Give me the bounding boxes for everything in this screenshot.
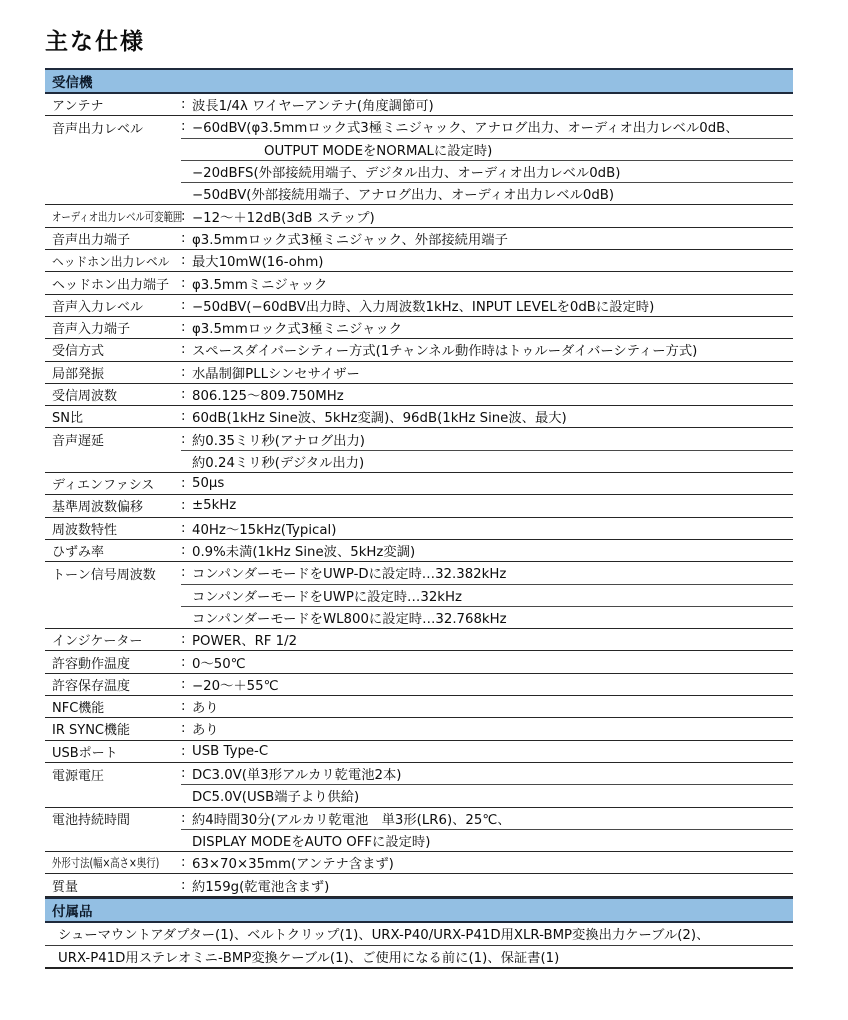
spec-value: :−60dBV(φ3.5mmロック式3極ミニジャック、アナログ出力、オーディオ出… — [181, 116, 793, 138]
spec-label-text: 局部発振 — [52, 363, 104, 382]
table-row: ヘッドホン出力レベル:最大10mW(16-ohm) — [45, 250, 793, 272]
section-header-receiver: 受信機 — [45, 68, 793, 94]
spec-value-text: 50μs — [192, 476, 224, 491]
spec-label: 基準周波数偏移 — [45, 495, 181, 516]
spec-value-text: DC5.0V(USB端子より供給) — [192, 786, 359, 805]
list-item: URX-P41D用ステレオミニ-BMP変換ケーブル(1)、ご使用になる前に(1)… — [45, 946, 793, 969]
spec-label-text: オーディオ出力レベル可変範囲 — [52, 208, 182, 225]
spec-label: 外形寸法(幅×高さ×奥行) — [45, 852, 181, 873]
accessories-list: シューマウントアダプター(1)、ベルトクリップ(1)、URX-P40/URX-P… — [45, 923, 793, 969]
spec-value: :−12〜＋12dB(3dB ステップ) — [181, 205, 793, 226]
table-row: 受信方式:スペースダイバーシティー方式(1チャンネル動作時はトゥルーダイバーシテ… — [45, 339, 793, 361]
spec-value: :DC5.0V(USB端子より供給) — [181, 785, 793, 806]
spec-value-text: 約0.35ミリ秒(アナログ出力) — [192, 430, 365, 449]
table-row: ひずみ率:0.9%未満(1kHz Sine波、5kHz変調) — [45, 540, 793, 562]
table-row: :−50dBV(外部接続用端子、アナログ出力、オーディオ出力レベル0dB) — [45, 183, 793, 205]
spec-value: :POWER、RF 1/2 — [181, 629, 793, 650]
spec-label-text: 許容保存温度 — [52, 675, 130, 694]
spec-value: :約0.24ミリ秒(デジタル出力) — [181, 451, 793, 472]
table-row: 電源電圧:DC3.0V(単3形アルカリ乾電池2本) — [45, 763, 793, 785]
table-row: NFC機能:あり — [45, 696, 793, 718]
colon-separator: : — [181, 342, 192, 357]
colon-separator: : — [181, 744, 192, 759]
spec-value: :40Hz〜15kHz(Typical) — [181, 518, 793, 539]
spec-label: アンテナ — [45, 94, 181, 115]
spec-value: :φ3.5mmミニジャック — [181, 272, 793, 293]
spec-label: ヘッドホン出力端子 — [45, 272, 181, 293]
table-row: 基準周波数偏移:±5kHz — [45, 495, 793, 517]
spec-value: :あり — [181, 696, 793, 717]
spec-label-text: 許容動作温度 — [52, 653, 130, 672]
table-row: :約0.24ミリ秒(デジタル出力) — [45, 451, 793, 473]
colon-separator: : — [181, 811, 192, 826]
spec-label: 音声出力レベル — [45, 116, 181, 138]
colon-separator: : — [181, 119, 192, 134]
table-row: オーディオ出力レベル可変範囲:−12〜＋12dB(3dB ステップ) — [45, 205, 793, 227]
spec-label — [45, 585, 181, 607]
table-row: 音声出力端子:φ3.5mmロック式3極ミニジャック、外部接続用端子 — [45, 228, 793, 250]
spec-value: :50μs — [181, 473, 793, 494]
spec-label: 音声入力レベル — [45, 295, 181, 316]
spec-label-text: ディエンファシス — [52, 474, 154, 493]
spec-value-text: POWER、RF 1/2 — [192, 630, 297, 649]
spec-value-text: 806.125〜809.750MHz — [192, 385, 344, 404]
spec-value: :63×70×35mm(アンテナ含まず) — [181, 852, 793, 873]
spec-value-text: 60dB(1kHz Sine波、5kHz変調)、96dB(1kHz Sine波、… — [192, 407, 567, 426]
spec-value-text: 40Hz〜15kHz(Typical) — [192, 519, 336, 538]
spec-label-text: 基準周波数偏移 — [52, 496, 143, 515]
colon-separator: : — [181, 320, 192, 335]
colon-separator: : — [181, 409, 192, 424]
table-row: 受信周波数:806.125〜809.750MHz — [45, 384, 793, 406]
spec-value: :水晶制御PLLシンセサイザー — [181, 362, 793, 383]
spec-label: USBポート — [45, 741, 181, 762]
colon-separator: : — [181, 565, 192, 580]
spec-document: 主な仕様 受信機 アンテナ:波長1/4λ ワイヤーアンテナ(角度調節可)音声出力… — [45, 26, 793, 969]
spec-value: :−50dBV(外部接続用端子、アナログ出力、オーディオ出力レベル0dB) — [181, 183, 793, 204]
spec-value-text: あり — [192, 697, 219, 716]
spec-value: :コンパンダーモードをUWPに設定時…32kHz — [181, 585, 793, 607]
spec-value-text: コンパンダーモードをUWP-Dに設定時…32.382kHz — [192, 563, 506, 582]
spec-value: :φ3.5mmロック式3極ミニジャック、外部接続用端子 — [181, 228, 793, 249]
spec-value: :スペースダイバーシティー方式(1チャンネル動作時はトゥルーダイバーシティー方式… — [181, 339, 793, 360]
table-row: 許容動作温度:0〜50℃ — [45, 651, 793, 673]
spec-value-text: −60dBV(φ3.5mmロック式3極ミニジャック、アナログ出力、オーディオ出力… — [192, 117, 739, 136]
spec-value-text: −20〜＋55℃ — [192, 675, 279, 694]
spec-label-text: 音声入力端子 — [52, 318, 130, 337]
table-row: :DC5.0V(USB端子より供給) — [45, 785, 793, 807]
table-row: SN比:60dB(1kHz Sine波、5kHz変調)、96dB(1kHz Si… — [45, 406, 793, 428]
spec-value: :−50dBV(−60dBV出力時、入力周波数1kHz、INPUT LEVELを… — [181, 295, 793, 316]
spec-value: :最大10mW(16-ohm) — [181, 250, 793, 271]
table-row: 音声入力端子:φ3.5mmロック式3極ミニジャック — [45, 317, 793, 339]
spec-value: :60dB(1kHz Sine波、5kHz変調)、96dB(1kHz Sine波… — [181, 406, 793, 427]
spec-value-text: φ3.5mmミニジャック — [192, 274, 327, 293]
spec-value: :−20〜＋55℃ — [181, 674, 793, 695]
table-row: 音声出力レベル:−60dBV(φ3.5mmロック式3極ミニジャック、アナログ出力… — [45, 116, 793, 138]
spec-label-text: アンテナ — [52, 95, 103, 114]
spec-label-text: 電源電圧 — [52, 765, 104, 784]
spec-value: :コンパンダーモードをWL800に設定時…32.768kHz — [181, 607, 793, 628]
spec-value-text: DC3.0V(単3形アルカリ乾電池2本) — [192, 764, 402, 783]
spec-label: NFC機能 — [45, 696, 181, 717]
spec-label: 質量 — [45, 874, 181, 895]
spec-value: :コンパンダーモードをUWP-Dに設定時…32.382kHz — [181, 562, 793, 584]
spec-value-text: −50dBV(−60dBV出力時、入力周波数1kHz、INPUT LEVELを0… — [192, 296, 654, 315]
table-row: :−20dBFS(外部接続用端子、デジタル出力、オーディオ出力レベル0dB) — [45, 161, 793, 183]
spec-label-text: SN比 — [52, 407, 83, 426]
spec-label: IR SYNC機能 — [45, 718, 181, 739]
spec-value-text: φ3.5mmロック式3極ミニジャック — [192, 318, 402, 337]
spec-label-text: ヘッドホン出力レベル — [52, 252, 170, 270]
table-row: アンテナ:波長1/4λ ワイヤーアンテナ(角度調節可) — [45, 94, 793, 116]
spec-label-text: 質量 — [52, 876, 78, 895]
spec-value: :約0.35ミリ秒(アナログ出力) — [181, 428, 793, 450]
spec-value-text: ±5kHz — [192, 498, 236, 513]
colon-separator: : — [181, 387, 192, 402]
colon-separator: : — [181, 209, 192, 224]
spec-value-text: −20dBFS(外部接続用端子、デジタル出力、オーディオ出力レベル0dB) — [192, 162, 620, 181]
colon-separator: : — [181, 543, 192, 558]
spec-value-text: −50dBV(外部接続用端子、アナログ出力、オーディオ出力レベル0dB) — [192, 184, 614, 203]
spec-value-text: あり — [192, 719, 219, 738]
spec-label: 周波数特性 — [45, 518, 181, 539]
table-row: 周波数特性:40Hz〜15kHz(Typical) — [45, 518, 793, 540]
spec-label: トーン信号周波数 — [45, 562, 181, 584]
spec-label: ヘッドホン出力レベル — [45, 250, 181, 271]
spec-value: :約4時間30分(アルカリ乾電池 単3形(LR6)、25℃、 — [181, 808, 793, 830]
colon-separator: : — [181, 365, 192, 380]
spec-label: 音声入力端子 — [45, 317, 181, 338]
colon-separator: : — [181, 253, 192, 268]
spec-value-text: コンパンダーモードをWL800に設定時…32.768kHz — [192, 608, 507, 627]
page-title: 主な仕様 — [45, 26, 793, 58]
spec-label-text: 音声入力レベル — [52, 296, 143, 315]
table-row: :OUTPUT MODEをNORMALに設定時) — [45, 139, 793, 161]
spec-label: 局部発振 — [45, 362, 181, 383]
spec-value-text: 約159g(乾電池含まず) — [192, 876, 329, 895]
colon-separator: : — [181, 721, 192, 736]
spec-value: :USB Type-C — [181, 741, 793, 762]
spec-label-text: 音声出力端子 — [52, 229, 130, 248]
spec-value-text: 約0.24ミリ秒(デジタル出力) — [192, 452, 364, 471]
spec-value: :±5kHz — [181, 495, 793, 516]
colon-separator: : — [181, 521, 192, 536]
spec-value: :−20dBFS(外部接続用端子、デジタル出力、オーディオ出力レベル0dB) — [181, 161, 793, 183]
spec-label-text: IR SYNC機能 — [52, 719, 130, 738]
spec-label-text: トーン信号周波数 — [52, 564, 156, 583]
spec-value-text: 最大10mW(16-ohm) — [192, 251, 323, 270]
spec-label: 許容動作温度 — [45, 651, 181, 672]
spec-value: :φ3.5mmロック式3極ミニジャック — [181, 317, 793, 338]
list-item: シューマウントアダプター(1)、ベルトクリップ(1)、URX-P40/URX-P… — [45, 923, 793, 946]
spec-label-text: 電池持続時間 — [52, 809, 130, 828]
colon-separator: : — [181, 432, 192, 447]
table-row: 外形寸法(幅×高さ×奥行):63×70×35mm(アンテナ含まず) — [45, 852, 793, 874]
spec-value-text: OUTPUT MODEをNORMALに設定時) — [192, 140, 492, 159]
spec-label-text: 音声出力レベル — [52, 118, 143, 137]
table-row: ヘッドホン出力端子:φ3.5mmミニジャック — [45, 272, 793, 294]
spec-label-text: USBポート — [52, 742, 118, 761]
spec-value-text: DISPLAY MODEをAUTO OFFに設定時) — [192, 831, 430, 850]
spec-label: 受信方式 — [45, 339, 181, 360]
table-row: ディエンファシス:50μs — [45, 473, 793, 495]
table-row: 電池持続時間:約4時間30分(アルカリ乾電池 単3形(LR6)、25℃、 — [45, 808, 793, 830]
spec-label-text: ヘッドホン出力端子 — [52, 274, 169, 293]
section-header-accessories: 付属品 — [45, 897, 793, 923]
spec-value: :DISPLAY MODEをAUTO OFFに設定時) — [181, 830, 793, 851]
table-row: :DISPLAY MODEをAUTO OFFに設定時) — [45, 830, 793, 852]
spec-value-text: USB Type-C — [192, 744, 268, 759]
colon-separator: : — [181, 699, 192, 714]
table-row: 局部発振:水晶制御PLLシンセサイザー — [45, 362, 793, 384]
spec-value: :806.125〜809.750MHz — [181, 384, 793, 405]
spec-label-text: 周波数特性 — [52, 519, 117, 538]
table-row: 質量:約159g(乾電池含まず) — [45, 874, 793, 896]
spec-label — [45, 183, 181, 204]
spec-value: :波長1/4λ ワイヤーアンテナ(角度調節可) — [181, 94, 793, 115]
spec-label: 電池持続時間 — [45, 808, 181, 830]
section-header-label: 付属品 — [52, 900, 93, 920]
spec-value-text: 63×70×35mm(アンテナ含まず) — [192, 853, 394, 872]
spec-value-text: 水晶制御PLLシンセサイザー — [192, 363, 360, 382]
colon-separator: : — [181, 298, 192, 313]
spec-value-text: φ3.5mmロック式3極ミニジャック、外部接続用端子 — [192, 229, 508, 248]
spec-label — [45, 785, 181, 806]
colon-separator: : — [181, 632, 192, 647]
spec-value-text: 0.9%未満(1kHz Sine波、5kHz変調) — [192, 541, 415, 560]
section-header-label: 受信機 — [52, 71, 93, 91]
colon-separator: : — [181, 878, 192, 893]
spec-value-text: 0〜50℃ — [192, 653, 246, 672]
spec-value: :0〜50℃ — [181, 651, 793, 672]
spec-label: ひずみ率 — [45, 540, 181, 561]
spec-label: 許容保存温度 — [45, 674, 181, 695]
spec-value: :あり — [181, 718, 793, 739]
spec-label: インジケーター — [45, 629, 181, 650]
table-row: IR SYNC機能:あり — [45, 718, 793, 740]
spec-label: ディエンファシス — [45, 473, 181, 494]
colon-separator: : — [181, 655, 192, 670]
spec-label — [45, 830, 181, 851]
spec-label — [45, 139, 181, 161]
spec-label — [45, 607, 181, 628]
table-row: 音声入力レベル:−50dBV(−60dBV出力時、入力周波数1kHz、INPUT… — [45, 295, 793, 317]
table-row: 音声遅延:約0.35ミリ秒(アナログ出力) — [45, 428, 793, 450]
table-row: :コンパンダーモードをUWPに設定時…32kHz — [45, 585, 793, 607]
spec-label-text: NFC機能 — [52, 697, 104, 716]
table-row: USBポート:USB Type-C — [45, 741, 793, 763]
accessory-text: シューマウントアダプター(1)、ベルトクリップ(1)、URX-P40/URX-P… — [58, 924, 709, 943]
spec-label-text: 外形寸法(幅×高さ×奥行) — [52, 854, 159, 871]
spec-value-text: 波長1/4λ ワイヤーアンテナ(角度調節可) — [192, 95, 434, 114]
colon-separator: : — [181, 476, 192, 491]
spec-label — [45, 161, 181, 183]
spec-value: :約159g(乾電池含まず) — [181, 874, 793, 895]
table-row: :コンパンダーモードをWL800に設定時…32.768kHz — [45, 607, 793, 629]
receiver-spec-table: アンテナ:波長1/4λ ワイヤーアンテナ(角度調節可)音声出力レベル:−60dB… — [45, 94, 793, 897]
spec-label: SN比 — [45, 406, 181, 427]
spec-value-text: スペースダイバーシティー方式(1チャンネル動作時はトゥルーダイバーシティー方式) — [192, 340, 697, 359]
spec-label-text: 音声遅延 — [52, 430, 104, 449]
spec-value: :0.9%未満(1kHz Sine波、5kHz変調) — [181, 540, 793, 561]
spec-value-text: −12〜＋12dB(3dB ステップ) — [192, 207, 375, 226]
spec-label — [45, 451, 181, 472]
colon-separator: : — [181, 766, 192, 781]
spec-value: :DC3.0V(単3形アルカリ乾電池2本) — [181, 763, 793, 785]
spec-label: 音声出力端子 — [45, 228, 181, 249]
spec-label: 受信周波数 — [45, 384, 181, 405]
spec-value-text: 約4時間30分(アルカリ乾電池 単3形(LR6)、25℃、 — [192, 809, 511, 828]
spec-label: オーディオ出力レベル可変範囲 — [45, 205, 181, 226]
colon-separator: : — [181, 231, 192, 246]
spec-label-text: インジケーター — [52, 630, 142, 649]
colon-separator: : — [181, 97, 192, 112]
spec-label: 電源電圧 — [45, 763, 181, 785]
table-row: トーン信号周波数:コンパンダーモードをUWP-Dに設定時…32.382kHz — [45, 562, 793, 584]
spec-label-text: ひずみ率 — [52, 541, 104, 560]
spec-label-text: 受信方式 — [52, 340, 104, 359]
spec-label-text: 受信周波数 — [52, 385, 117, 404]
spec-value: :OUTPUT MODEをNORMALに設定時) — [181, 139, 793, 161]
spec-label: 音声遅延 — [45, 428, 181, 450]
colon-separator: : — [181, 855, 192, 870]
colon-separator: : — [181, 276, 192, 291]
accessory-text: URX-P41D用ステレオミニ-BMP変換ケーブル(1)、ご使用になる前に(1)… — [58, 947, 559, 966]
spec-value-text: コンパンダーモードをUWPに設定時…32kHz — [192, 586, 462, 605]
colon-separator: : — [181, 498, 192, 513]
table-row: インジケーター:POWER、RF 1/2 — [45, 629, 793, 651]
colon-separator: : — [181, 677, 192, 692]
table-row: 許容保存温度:−20〜＋55℃ — [45, 674, 793, 696]
